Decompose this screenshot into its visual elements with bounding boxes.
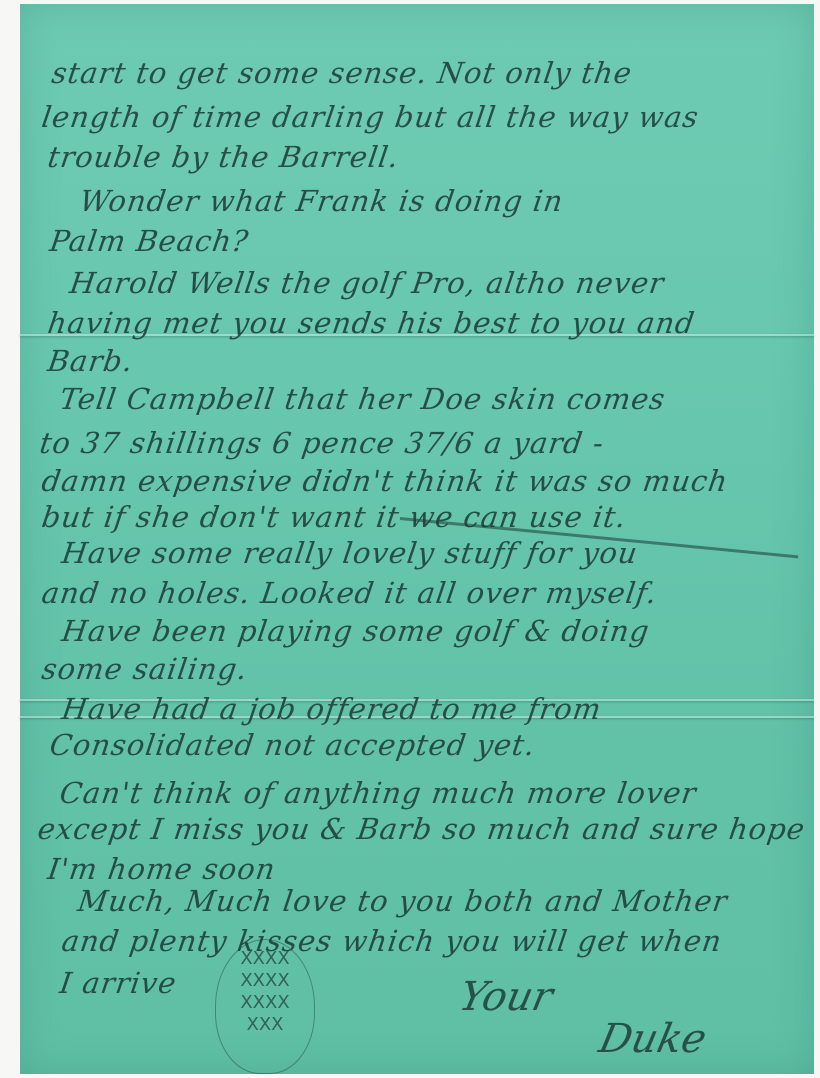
kisses-row: XXXX: [216, 992, 314, 1014]
letter-line: Consolidated not accepted yet.: [48, 728, 538, 762]
letter-line: Have had a job offered to me from: [60, 692, 604, 726]
letter-line: damn expensive didn't think it was so mu…: [40, 464, 731, 498]
letter-line: some sailing.: [40, 652, 250, 686]
letter-line: I'm home soon: [46, 852, 278, 886]
letter-line: Have some really lovely stuff for you: [60, 536, 641, 570]
kisses-row: XXX: [216, 1014, 314, 1036]
letter-line: I arrive: [58, 966, 179, 1000]
letter-line: Palm Beach?: [48, 224, 252, 258]
letter-line: except I miss you & Barb so much and sur…: [36, 812, 808, 846]
letter-line: trouble by the Barrell.: [46, 140, 402, 174]
kisses-circle: XXXX XXXX XXXX XXX: [215, 939, 315, 1074]
letter-line: but if she don't want it we can use it.: [40, 500, 629, 534]
letter-line: Wonder what Frank is doing in: [78, 184, 566, 218]
letter-line: Much, Much love to you both and Mother: [76, 884, 730, 918]
letter-line: Tell Campbell that her Doe skin comes: [58, 382, 668, 416]
kisses-row: XXXX: [216, 948, 314, 970]
letter-line: Harold Wells the golf Pro, altho never: [68, 266, 667, 300]
kisses-row: XXXX: [216, 970, 314, 992]
closing-text: Your: [455, 974, 557, 1020]
letter-line: Barb.: [46, 344, 136, 378]
letter-line: start to get some sense. Not only the: [50, 56, 635, 90]
letter-line: having met you sends his best to you and: [46, 306, 698, 340]
letter-line: Have been playing some golf & doing: [60, 614, 652, 648]
letter-line: to 37 shillings 6 pence 37/6 a yard -: [38, 426, 607, 460]
signature: Duke: [595, 1016, 711, 1062]
letter-line: and no holes. Looked it all over myself.: [40, 576, 660, 610]
letter-page: start to get some sense. Not only the le…: [20, 4, 814, 1074]
letter-line: length of time darling but all the way w…: [40, 100, 702, 134]
letter-line: and plenty kisses which you will get whe…: [60, 924, 725, 958]
letter-line: Can't think of anything much more lover: [58, 776, 699, 810]
